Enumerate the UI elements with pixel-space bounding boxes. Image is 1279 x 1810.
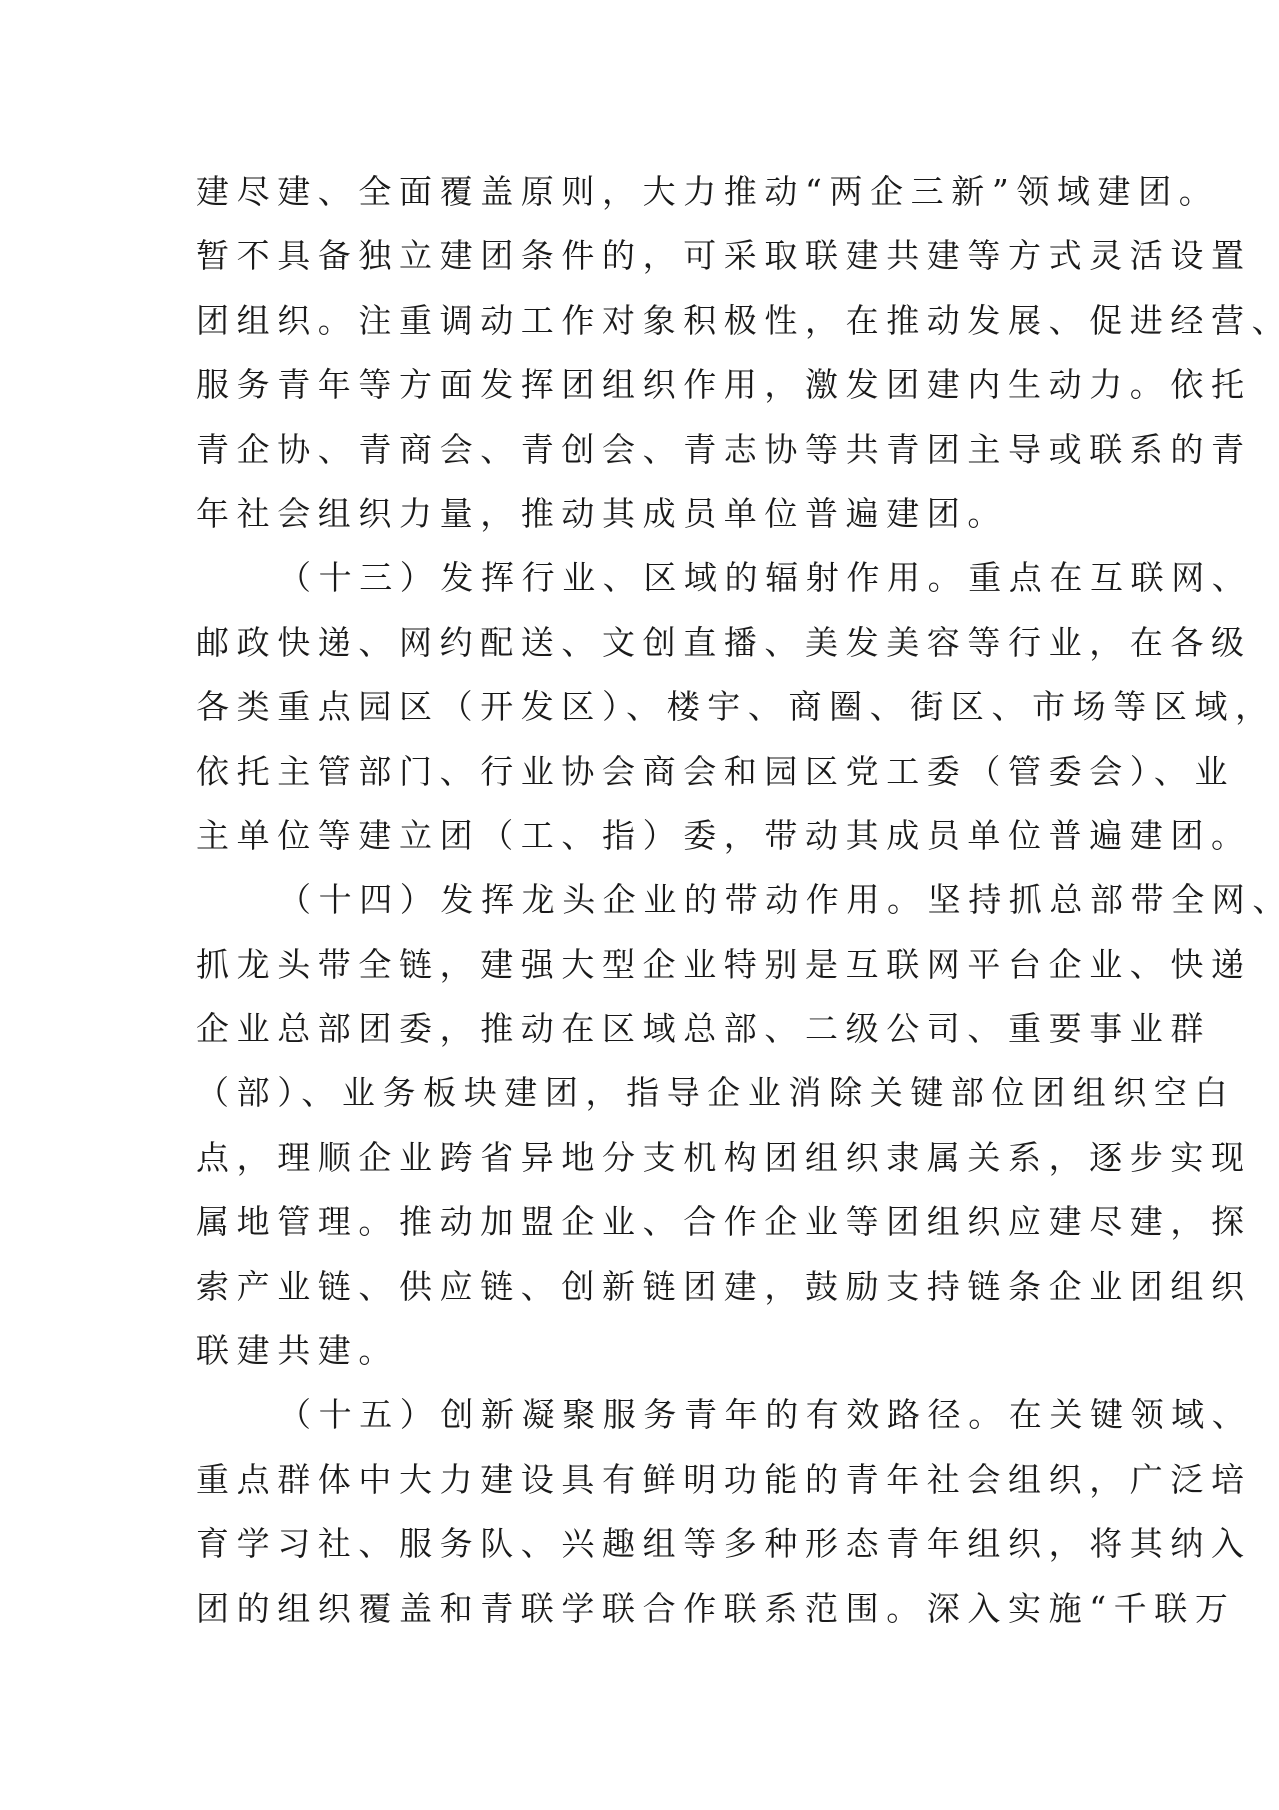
text-line: 团组织。注重调动工作对象积极性，在推动发展、促进经营、 bbox=[196, 289, 1096, 353]
text-line: 育学习社、服务队、兴趣组等多种形态青年组织，将其纳入 bbox=[196, 1512, 1096, 1576]
text-line: 邮政快递、网约配送、文创直播、美发美容等行业，在各级 bbox=[196, 611, 1096, 675]
text-line: （部）、业务板块建团，指导企业消除关键部位团组织空白 bbox=[196, 1061, 1096, 1125]
text-line: 主单位等建立团（工、指）委，带动其成员单位普遍建团。 bbox=[196, 804, 1096, 868]
text-line: 属地管理。推动加盟企业、合作企业等团组织应建尽建，探 bbox=[196, 1190, 1096, 1254]
text-line: 联建共建。 bbox=[196, 1319, 1096, 1383]
text-line: 各类重点园区（开发区）、楼宇、商圈、街区、市场等区域， bbox=[196, 675, 1096, 739]
section-heading-13: （十三）发挥行业、区域的辐射作用。重点在互联网、 bbox=[196, 546, 1096, 610]
text-line: 暂不具备独立建团条件的，可采取联建共建等方式灵活设置 bbox=[196, 224, 1096, 288]
text-line: 点，理顺企业跨省异地分支机构团组织隶属关系，逐步实现 bbox=[196, 1126, 1096, 1190]
text-line: 团的组织覆盖和青联学联合作联系范围。深入实施“千联万 bbox=[196, 1577, 1096, 1641]
text-line: 年社会组织力量，推动其成员单位普遍建团。 bbox=[196, 482, 1096, 546]
text-line: 依托主管部门、行业协会商会和园区党工委（管委会）、业 bbox=[196, 740, 1096, 804]
section-heading-15: （十五）创新凝聚服务青年的有效路径。在关键领域、 bbox=[196, 1383, 1096, 1447]
text-line: 索产业链、供应链、创新链团建，鼓励支持链条企业团组织 bbox=[196, 1255, 1096, 1319]
text-line: 建尽建、全面覆盖原则，大力推动“两企三新”领域建团。 bbox=[196, 160, 1096, 224]
section-heading-14: （十四）发挥龙头企业的带动作用。坚持抓总部带全网、 bbox=[196, 868, 1096, 932]
text-line: 企业总部团委，推动在区域总部、二级公司、重要事业群 bbox=[196, 997, 1096, 1061]
text-line: 青企协、青商会、青创会、青志协等共青团主导或联系的青 bbox=[196, 418, 1096, 482]
body-text: 建尽建、全面覆盖原则，大力推动“两企三新”领域建团。 暂不具备独立建团条件的，可… bbox=[196, 160, 1096, 1641]
document-page: 建尽建、全面覆盖原则，大力推动“两企三新”领域建团。 暂不具备独立建团条件的，可… bbox=[0, 0, 1279, 1810]
text-line: 抓龙头带全链，建强大型企业特别是互联网平台企业、快递 bbox=[196, 933, 1096, 997]
text-line: 重点群体中大力建设具有鲜明功能的青年社会组织，广泛培 bbox=[196, 1448, 1096, 1512]
text-line: 服务青年等方面发挥团组织作用，激发团建内生动力。依托 bbox=[196, 353, 1096, 417]
